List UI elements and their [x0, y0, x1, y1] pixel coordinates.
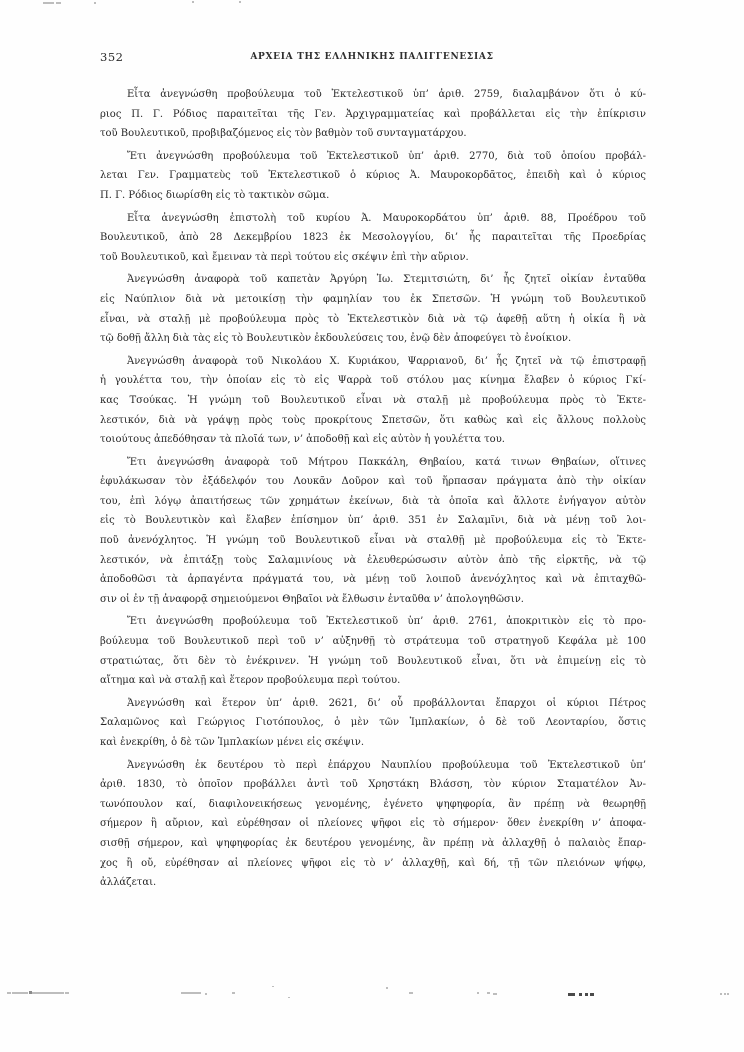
text-line: τωνόπουλον καί, διαφιλονεικήσεως γενομέν…: [100, 795, 646, 815]
text-line: λεται Γεν. Γραμματεὺς τοῦ Ἐκτελεστικοῦ ὁ…: [100, 166, 646, 186]
scan-artifact: [288, 997, 290, 998]
text-line: Ἀνεγνώσθη ἀναφορὰ τοῦ καπετὰν Ἀργύρη Ἰω.…: [100, 270, 646, 290]
text-line: Ἔτι ἀνεγνώσθη προβούλευμα τοῦ Ἐκτελεστικ…: [100, 612, 646, 632]
text-line: Βουλευτικοῦ, ἀπὸ 28 Δεκεμβρίου 1823 ἐκ Μ…: [100, 228, 646, 248]
scan-artifact: [477, 992, 479, 994]
text-line: ριος Π. Γ. Ρόδιος παραιτεῖται τῆς Γεν. Ἀ…: [100, 105, 646, 125]
scan-artifact: [493, 993, 497, 995]
text-line: χος ἢ οὔ, εὑρέθησαν αἱ πλείονες ψῆφοι εἰ…: [100, 854, 646, 874]
scan-artifact: [181, 992, 201, 994]
text-line: Π. Γ. Ρόδιος διωρίσθη εἰς τὸ τακτικὸν σῶ…: [100, 186, 646, 206]
text-line: ἀλλάζεται.: [100, 873, 646, 893]
text-line: Εἶτα ἀνεγνώσθη ἐπιστολὴ τοῦ κυρίου Ἀ. Μα…: [100, 209, 646, 229]
text-block: Εἶτα ἀνεγνώσθη προβούλευμα τοῦ Ἐκτελεστι…: [100, 85, 646, 896]
text-line: του, ἐπὶ λόγῳ ἀπαιτήσεως τῶν χρημάτων ἐκ…: [100, 492, 646, 512]
text-line: λεστικόν, διὰ νὰ γράψῃ πρὸς τοὺς προκρίτ…: [100, 411, 646, 431]
text-line: ἐφυλάκωσαν τὸν ἐξάδελφόν του Λουκᾶν Δοῦρ…: [100, 472, 646, 492]
text-line: καὶ ἐνεκρίθη, ὁ δὲ τῶν Ἰμπλακίων μένει ε…: [100, 733, 646, 753]
text-line: αἴτημα καὶ νὰ σταλῇ καὶ ἕτερον προβούλευ…: [100, 671, 646, 691]
scan-artifact: [579, 993, 582, 996]
paragraph: Ἔτι ἀνεγνώσθη προβούλευμα τοῦ Ἐκτελεστικ…: [100, 612, 646, 690]
running-header-title: ΑΡΧΕΙΑ ΤΗΣ ΕΛΛΗΝΙΚΗΣ ΠΑΛΙΓΓΕΝΕΣΙΑΣ: [0, 52, 744, 62]
paragraph: Ἀνεγνώσθη ἀναφορὰ τοῦ καπετὰν Ἀργύρη Ἰω.…: [100, 270, 646, 348]
text-line: λεστικόν, νὰ ἐπιτάξῃ τοὺς Σαλαμινίους νὰ…: [100, 551, 646, 571]
scan-artifact: [192, 1, 194, 3]
scan-artifact: [43, 2, 54, 4]
scan-artifact: [568, 993, 575, 996]
scan-artifact: [12, 992, 28, 994]
scan-artifact: [232, 992, 235, 994]
scan-artifact: [386, 987, 388, 989]
scan-artifact: [409, 992, 413, 994]
text-line: τοιούτους ἀπεδόθησαν τὰ πλοῖά των, ν’ ἀπ…: [100, 430, 646, 450]
scan-artifact: [205, 993, 207, 995]
text-line: Ἔτι ἀνεγνώσθη προβούλευμα τοῦ Ἐκτελεστικ…: [100, 147, 646, 167]
scan-artifact: [29, 991, 32, 994]
scanned-page: 352 ΑΡΧΕΙΑ ΤΗΣ ΕΛΛΗΝΙΚΗΣ ΠΑΛΙΓΓΕΝΕΣΙΑΣ Ε…: [0, 0, 744, 1052]
text-line: Σαλαμῶνος καὶ Γεώργιος Γιοτόπουλος, ὁ μὲ…: [100, 713, 646, 733]
text-line: Εἶτα ἀνεγνώσθη προβούλευμα τοῦ Ἐκτελεστι…: [100, 85, 646, 105]
text-line: Ἀνεγνώσθη ἐκ δευτέρου τὸ περὶ ἐπάρχου Να…: [100, 756, 646, 776]
text-line: εἰς Ναύπλιον διὰ νὰ μετοικίσῃ τὴν φαμηλί…: [100, 290, 646, 310]
text-line: τῷ δοθῇ ἄλλη διὰ τὰς εἰς τὸ Βουλευτικὸν …: [100, 329, 646, 349]
paragraph: Εἶτα ἀνεγνώσθη προβούλευμα τοῦ Ἐκτελεστι…: [100, 85, 646, 144]
scan-artifact: [724, 993, 726, 995]
text-line: σισθῇ σήμερον, καὶ ψηφηφορίας ἐκ δευτέρο…: [100, 834, 646, 854]
text-line: τοῦ Βουλευτικοῦ, καὶ ἔμειναν τὰ περὶ τού…: [100, 248, 646, 268]
paragraph: Ἀνεγνώσθη καὶ ἕτερον ὑπ’ ἀριθ. 2621, δι’…: [100, 694, 646, 753]
paragraph: Ἀνεγνώσθη ἐκ δευτέρου τὸ περὶ ἐπάρχου Να…: [100, 756, 646, 893]
text-line: στρατιώτας, ὅτι δὲν τὸ ἐνέκρινεν. Ἡ γνώμ…: [100, 652, 646, 672]
text-line: εἶναι, νὰ σταλῇ μὲ προβούλευμα πρὸς τὸ Ἐ…: [100, 310, 646, 330]
scan-artifact: [56, 2, 61, 4]
paragraph: Εἶτα ἀνεγνώσθη ἐπιστολὴ τοῦ κυρίου Ἀ. Μα…: [100, 209, 646, 268]
text-line: Ἔτι ἀνεγνώσθη ἀναφορὰ τοῦ Μήτρου Πακκάλη…: [100, 453, 646, 473]
text-line: Ἀνεγνώσθη καὶ ἕτερον ὑπ’ ἀριθ. 2621, δι’…: [100, 694, 646, 714]
text-line: ἀποδοθῶσι τὰ ἁρπαγέντα πράγματά του, νὰ …: [100, 570, 646, 590]
text-line: εἰς τὸ Βουλευτικὸν καὶ ἔλαβεν ἐπίσημον ὑ…: [100, 511, 646, 531]
scan-artifact: [239, 1, 241, 3]
paragraph: Ἀνεγνώσθη ἀναφορὰ τοῦ Νικολάου Χ. Κυριάκ…: [100, 352, 646, 450]
scan-artifact: [65, 992, 69, 994]
text-line: σήμερον ἢ αὔριον, καὶ εὑρέθησαν οἱ πλείο…: [100, 814, 646, 834]
paragraph: Ἔτι ἀνεγνώσθη προβούλευμα τοῦ Ἐκτελεστικ…: [100, 147, 646, 206]
scan-artifact: [272, 986, 274, 987]
text-line: κας Τσούκας. Ἡ γνώμη τοῦ Βουλευτικοῦ εἶν…: [100, 391, 646, 411]
scan-artifact: [585, 993, 588, 996]
scan-artifact: [94, 2, 96, 4]
scan-artifact: [7, 992, 11, 994]
text-line: ἡ γουλέττα του, τὴν ὁποίαν εἰς τὸ εἰς Ψα…: [100, 371, 646, 391]
paragraph: Ἔτι ἀνεγνώσθη ἀναφορὰ τοῦ Μήτρου Πακκάλη…: [100, 453, 646, 610]
scan-artifact: [32, 992, 64, 994]
scan-artifact: [720, 993, 722, 995]
text-line: Ἀνεγνώσθη ἀναφορὰ τοῦ Νικολάου Χ. Κυριάκ…: [100, 352, 646, 372]
scan-artifact: [727, 993, 729, 995]
text-line: τοῦ Βουλευτικοῦ, προβιβαζόμενος εἰς τὸν …: [100, 124, 646, 144]
text-line: ἀριθ. 1830, τὸ ὁποῖον προβάλλει ἀντὶ τοῦ…: [100, 775, 646, 795]
text-line: ποῦ ἀνενόχλητος. Ἡ γνώμη τοῦ Βουλευτικοῦ…: [100, 531, 646, 551]
scan-artifact: [487, 992, 490, 994]
scan-artifact: [590, 993, 594, 996]
text-line: βούλευμα τοῦ Βουλευτικοῦ περὶ τοῦ ν’ αὐξ…: [100, 632, 646, 652]
text-line: σιν οἱ ἐν τῇ ἀναφορᾷ σημειούμενοι Θηβαῖο…: [100, 590, 646, 610]
